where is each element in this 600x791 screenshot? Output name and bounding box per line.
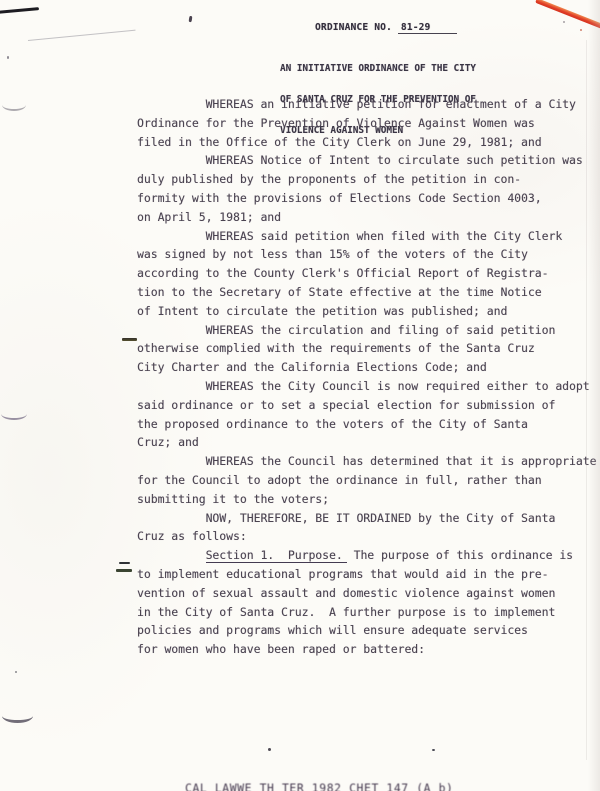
scanned-ordinance-page: ORDINANCE NO. 81-29 AN INITIATIVE ORDINA… [0,0,600,791]
ordinance-title-prefix: ORDINANCE NO. [315,22,398,33]
ordinance-body-text: WHEREAS an initiative petition for enact… [137,95,596,659]
ordinance-number: 81-29 [398,22,458,34]
margin-double-dash-bottom [116,569,132,572]
whereas-clauses-text: WHEREAS an initiative petition for enact… [137,97,596,562]
section-1-heading: Section 1. Purpose. [206,548,347,563]
paper-speck [432,749,435,751]
paper-speck [563,21,565,23]
hole-punch-shadow-top [2,99,26,111]
section-1-body-text: The purpose of this ordinance is to impl… [137,548,573,656]
margin-double-dash-top [119,562,130,564]
scratch-line [28,30,136,42]
hole-punch-shadow-middle [1,408,27,420]
paper-speck [7,56,9,59]
page-edge-shadow [588,0,600,791]
subtitle-line-1: AN INITIATIVE ORDINANCE OF THE CITY [280,64,476,74]
ink-speck [189,16,193,22]
hole-punch-shadow-bottom [2,709,33,723]
corner-pen-mark [0,7,39,14]
margin-dash-mark [122,338,137,341]
page-edge-line [586,40,587,760]
bottom-cutoff-fragment: CAL LAWWE TH TER 1982 CHET 147 (A b) [185,781,453,791]
red-paper-speck [580,29,582,31]
paper-speck [268,748,271,751]
bottom-cutoff-text: CAL LAWWE TH TER 1982 CHET 147 (A b) [185,778,465,791]
ordinance-title: ORDINANCE NO. 81-29 [315,22,457,33]
paper-speck [15,671,17,673]
